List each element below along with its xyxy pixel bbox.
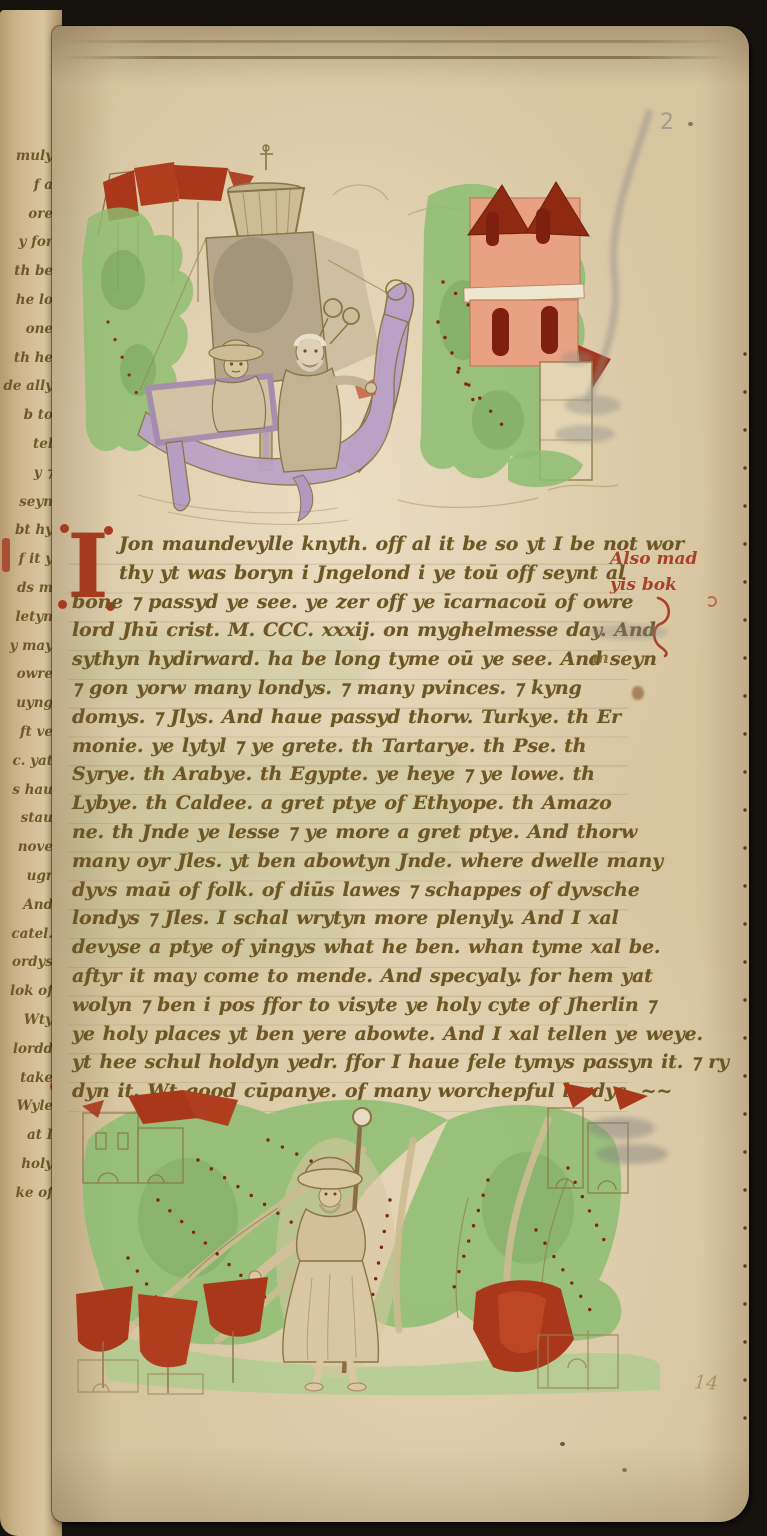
edge-text-fragment: seyn	[0, 488, 53, 517]
manuscript-text-line: ye holy places yt ben yere abowte. And I…	[72, 1020, 657, 1049]
page-mark: 14	[693, 1371, 719, 1395]
edge-text-fragment: catel.	[0, 920, 53, 949]
manuscript-text-line: domys. ⁊ Jlys. And haue passyd thorw. Tu…	[72, 703, 657, 732]
window	[536, 208, 550, 244]
edge-text-fragment: Wty	[0, 1006, 53, 1035]
speck	[622, 1468, 627, 1472]
manuscript-text-line: Jon maundevylle knyth. off al it be so y…	[72, 530, 657, 559]
window	[486, 212, 499, 246]
top-edge-crease	[62, 40, 732, 43]
ink-offset-smudge-bottom	[576, 1108, 686, 1178]
sailor-figure	[209, 340, 266, 432]
manuscript-text-line: wolyn ⁊ ben i pos ffor to visyte ye holy…	[72, 991, 657, 1020]
manuscript-text-line: devyse a ptye of yingys what he ben. wha…	[72, 933, 657, 962]
manuscript-text-line: Lybye. th Caldee. a gret ptye of Ethyope…	[72, 789, 657, 818]
pricking-holes	[736, 350, 756, 1440]
speck	[560, 1442, 565, 1446]
edge-text-fragment: c. yat	[0, 747, 53, 776]
manuscript-text-line: bone ⁊ passyd ye see. ye zer off ye īcar…	[72, 588, 657, 617]
sailor-hat	[209, 345, 263, 361]
pilgrim-hat	[298, 1169, 362, 1189]
manuscript-text-line: lord Jhū crist. M. CCC. xxxij. on myghel…	[72, 616, 657, 645]
red-paraph-mark	[2, 538, 10, 572]
manuscript-text-line: sythyn hydirward. ha be long tyme oū ye …	[72, 645, 657, 674]
edge-text-fragment: Wyle	[0, 1092, 53, 1121]
edge-text-fragment: letyn	[0, 603, 53, 632]
edge-text-fragment: b to	[0, 401, 53, 430]
edge-text-fragment: y ⁊	[0, 459, 53, 488]
edge-text-fragment: holy	[0, 1150, 53, 1179]
edge-text-fragment: s hau	[0, 776, 53, 805]
window	[492, 308, 509, 356]
ink-offset-flourish	[555, 100, 685, 520]
manuscript-text-line: yt hee schul holdyn yedr. ffor I haue fe…	[72, 1048, 657, 1077]
water-sketch	[138, 495, 348, 524]
edge-text-fragment: y for	[0, 228, 53, 257]
manuscript-text-line: londys ⁊ Jles. I schal wrytyn more pleny…	[72, 904, 657, 933]
edge-text-fragment: one	[0, 315, 53, 344]
edge-text-fragment: he lo	[0, 286, 53, 315]
pilgrim-cape	[297, 1209, 366, 1261]
edge-text-fragment: take	[0, 1064, 53, 1093]
edge-text-fragment: ugr	[0, 862, 53, 891]
pilgrim-robe	[283, 1260, 379, 1362]
manuscript-text-line: ne. th Jnde ye lesse ⁊ ye more a gret pt…	[72, 818, 657, 847]
left-edge-text-fragments: mulyf aorey forth behe looneth hede ally…	[0, 142, 56, 1242]
edge-text-fragment: uyng	[0, 689, 53, 718]
ink-stain	[632, 686, 644, 700]
manuscript-text-line: monie. ye lytyl ⁊ ye grete. th Tartarye.…	[72, 732, 657, 761]
manuscript-text-line: aftyr it may come to mende. And specyaly…	[72, 962, 657, 991]
edge-text-fragment: th he	[0, 344, 53, 373]
edge-text-fragment: ft ve	[0, 718, 53, 747]
edge-text-fragment: ore	[0, 200, 53, 229]
edge-text-fragment: at I	[0, 1121, 53, 1150]
edge-text-fragment: owre	[0, 660, 53, 689]
manuscript-text-block: Jon maundevylle knyth. off al it be so y…	[72, 530, 657, 1106]
edge-text-fragment: stau	[0, 804, 53, 833]
speck	[688, 122, 693, 126]
manuscript-text-line: ⁊ gon yorw many londys. ⁊ many pvinces. …	[72, 674, 657, 703]
manuscript-text-line: Syrye. th Arabye. th Egypte. ye heye ⁊ y…	[72, 760, 657, 789]
edge-text-fragment: lordd	[0, 1035, 53, 1064]
horizontal-crease	[62, 56, 732, 59]
edge-text-fragment: muly	[0, 142, 53, 171]
edge-text-fragment: And	[0, 891, 53, 920]
edge-text-fragment: de ally	[0, 372, 53, 401]
edge-text-fragment: ordys	[0, 948, 53, 977]
ink-offset-smudge	[580, 616, 680, 656]
edge-text-fragment: ds m	[0, 574, 53, 603]
edge-text-fragment: ke of	[0, 1179, 53, 1208]
manuscript-text-line: dyvs maū of folk. of diūs lawes ⁊ schapp…	[72, 876, 657, 905]
edge-text-fragment: lok of	[0, 977, 53, 1006]
photo-background: mulyf aorey forth behe looneth hede ally…	[0, 0, 767, 1536]
manuscript-page: Also mad yis bok I Jon maundevylle knyth…	[52, 26, 749, 1522]
folio-number: 2	[660, 110, 674, 135]
manuscript-text-line: thy yt was boryn i Jngelond i ye toū off…	[72, 559, 657, 588]
edge-text-fragment: th be	[0, 257, 53, 286]
edge-text-fragment: y may	[0, 632, 53, 661]
red-ink-mark	[706, 596, 717, 607]
edge-text-fragment: nove	[0, 833, 53, 862]
manuscript-text-line: many oyr Jles. yt ben abowtyn Jnde. wher…	[72, 847, 657, 876]
edge-text-fragment: tel	[0, 430, 53, 459]
edge-text-fragment: f a	[0, 171, 53, 200]
